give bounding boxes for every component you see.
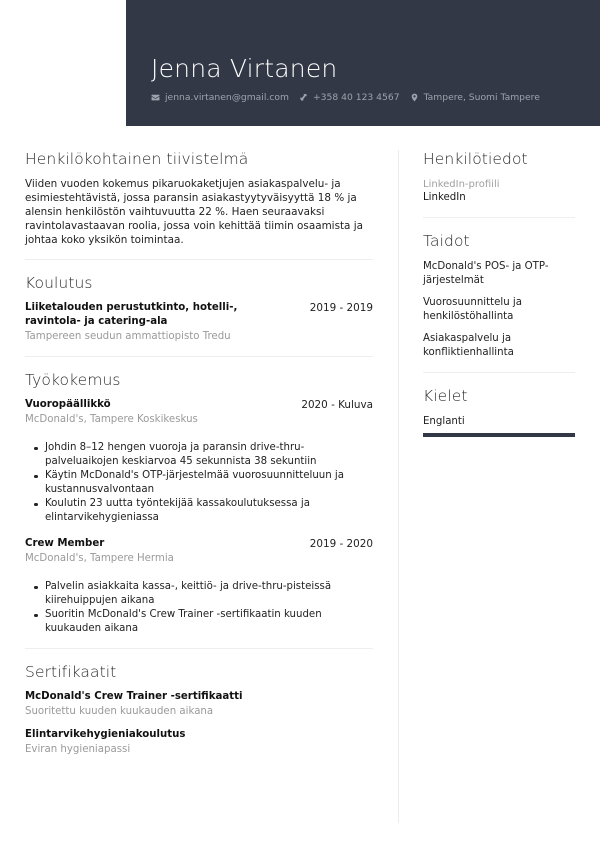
bullet-item: Johdin 8–12 hengen vuoroja ja paransin d… xyxy=(33,441,373,469)
summary-title: Henkilökohtainen tiivistelmä xyxy=(25,150,373,168)
degree-name: Liiketalouden perustutkinto, hotelli-, r… xyxy=(25,301,245,329)
bullet-item: Suoritin McDonald's Crew Trainer -sertif… xyxy=(33,608,373,636)
contact-phone[interactable]: +358 40 123 4567 xyxy=(299,92,400,103)
map-pin-icon xyxy=(410,93,419,102)
experience-section: Työkokemus Vuoropäällikkö 2020 - Kuluva … xyxy=(25,371,373,636)
school-name: Tampereen seudun ammattiopisto Tredu xyxy=(25,330,373,344)
language-level-bar xyxy=(423,433,575,437)
certificate-entry: Elintarvikehygieniakoulutus Eviran hygie… xyxy=(25,728,373,757)
summary-section: Henkilökohtainen tiivistelmä Viiden vuod… xyxy=(25,150,373,247)
summary-text: Viiden vuoden kokemus pikaruokaketjujen … xyxy=(25,177,373,247)
experience-title: Työkokemus xyxy=(25,371,373,389)
skill-item: Vuorosuunnittelu ja henkilöstöhallinta xyxy=(423,296,575,324)
section-divider xyxy=(25,648,373,649)
skills-section: Taidot McDonald's POS- ja OTP-järjestelm… xyxy=(423,232,575,360)
job-company: McDonald's, Tampere Koskikeskus xyxy=(25,413,373,427)
skill-item: McDonald's POS- ja OTP-järjestelmät xyxy=(423,260,575,288)
job-bullets: Palvelin asiakkaita kassa-, keittiö- ja … xyxy=(33,580,373,636)
section-divider xyxy=(423,217,575,218)
candidate-name: Jenna Virtanen xyxy=(151,54,337,83)
certificate-name: Elintarvikehygieniakoulutus xyxy=(25,728,373,742)
location-text: Tampere, Suomi Tampere xyxy=(424,92,540,103)
job-dates: 2019 - 2020 xyxy=(310,537,373,551)
job-company: McDonald's, Tampere Hermia xyxy=(25,552,373,566)
bullet-item: Koulutin 23 uutta työntekijää kassakoulu… xyxy=(33,497,373,525)
certificate-name: McDonald's Crew Trainer -sertifikaatti xyxy=(25,690,373,704)
education-entry: Liiketalouden perustutkinto, hotelli-, r… xyxy=(25,301,373,344)
job-entry: Vuoropäällikkö 2020 - Kuluva McDonald's,… xyxy=(25,398,373,525)
job-dates: 2020 - Kuluva xyxy=(301,398,373,412)
header-banner: Jenna Virtanen jenna.virtanen@gmail.com … xyxy=(126,0,600,126)
certificates-section: Sertifikaatit McDonald's Crew Trainer -s… xyxy=(25,663,373,757)
education-section: Koulutus Liiketalouden perustutkinto, ho… xyxy=(25,274,373,344)
contact-location: Tampere, Suomi Tampere xyxy=(410,92,540,103)
languages-section: Kielet Englanti xyxy=(423,387,575,437)
column-divider xyxy=(398,150,399,823)
language-name: Englanti xyxy=(423,415,575,429)
languages-title: Kielet xyxy=(423,387,575,405)
skill-item: Asiakaspalvelu ja konfliktienhallinta xyxy=(423,332,575,360)
phone-icon xyxy=(299,93,308,102)
bullet-item: Käytin McDonald's OTP-järjestelmää vuoro… xyxy=(33,469,373,497)
language-level-fill xyxy=(423,433,575,437)
job-role: Vuoropäällikkö xyxy=(25,398,111,412)
education-dates: 2019 - 2019 xyxy=(310,301,373,315)
job-bullets: Johdin 8–12 hengen vuoroja ja paransin d… xyxy=(33,441,373,525)
contact-email[interactable]: jenna.virtanen@gmail.com xyxy=(151,92,289,103)
section-divider xyxy=(423,372,575,373)
skills-title: Taidot xyxy=(423,232,575,250)
bullet-item: Palvelin asiakkaita kassa-, keittiö- ja … xyxy=(33,580,373,608)
job-role: Crew Member xyxy=(25,537,104,551)
envelope-icon xyxy=(151,93,160,102)
certificates-title: Sertifikaatit xyxy=(25,663,373,681)
contact-row: jenna.virtanen@gmail.com +358 40 123 456… xyxy=(151,92,540,103)
certificate-detail: Eviran hygieniapassi xyxy=(25,743,373,757)
sidebar-column: Henkilötiedot LinkedIn-profiili LinkedIn… xyxy=(423,150,575,437)
certificate-detail: Suoritettu kuuden kuukauden aikana xyxy=(25,705,373,719)
section-divider xyxy=(25,356,373,357)
email-text: jenna.virtanen@gmail.com xyxy=(165,92,289,103)
linkedin-label: LinkedIn-profiili xyxy=(423,178,575,191)
job-entry: Crew Member 2019 - 2020 McDonald's, Tamp… xyxy=(25,537,373,636)
section-divider xyxy=(25,259,373,260)
linkedin-link[interactable]: LinkedIn xyxy=(423,191,575,205)
personal-section: Henkilötiedot LinkedIn-profiili LinkedIn xyxy=(423,150,575,205)
certificate-entry: McDonald's Crew Trainer -sertifikaatti S… xyxy=(25,690,373,719)
personal-title: Henkilötiedot xyxy=(423,150,575,168)
phone-text: +358 40 123 4567 xyxy=(313,92,400,103)
education-title: Koulutus xyxy=(25,274,373,292)
main-column: Henkilökohtainen tiivistelmä Viiden vuod… xyxy=(25,150,373,766)
